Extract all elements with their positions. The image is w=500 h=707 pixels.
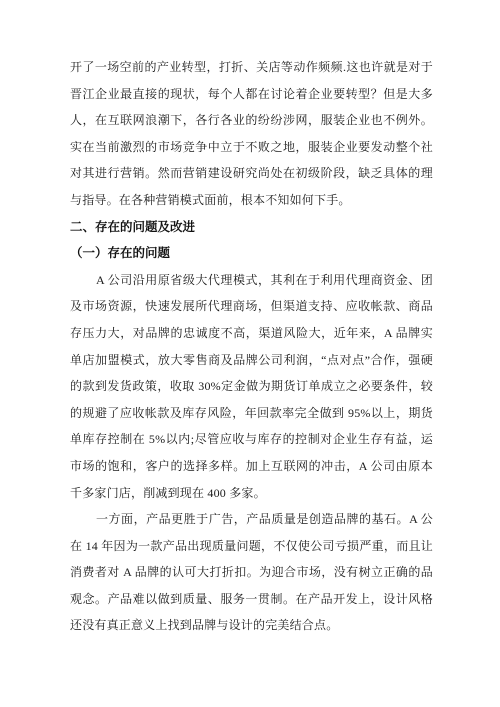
text-line: 开了一场空前的产业转型，打折、关店等动作频频.这也许就是对于: [70, 54, 433, 81]
text-line: 的款到发货政策，收取 30%定金做为期货订单成立之必要条件，较好: [70, 373, 433, 400]
subsection-heading: （一）存在的问题: [70, 240, 433, 267]
text-line: 单库存控制在 5%以内;尽管应收与库存的控制对企业生存有益，运动: [70, 426, 433, 453]
text-line: 实在当前激烈的市场竞争中立于不败之地，服装企业要发动整个社会: [70, 134, 433, 161]
text-line: 还没有真正意义上找到品牌与设计的完美结合点。: [70, 612, 433, 639]
text-line: 市场的饱和，客户的选择多样。加上互联网的冲击，A 公司由原本一: [70, 453, 433, 480]
text-line: 晋江企业最直接的现状，每个人都在讨论着企业要转型？但是大多数: [70, 81, 433, 108]
text-line: 千多家门店，削减到现在 400 多家。: [70, 480, 433, 507]
document-page: 开了一场空前的产业转型，打折、关店等动作频频.这也许就是对于 晋江企业最直接的现…: [0, 0, 500, 707]
text-line: 在 14 年因为一款产品出现质量问题，不仅使公司亏损严重，而且让: [70, 533, 433, 560]
text-line: 观念。产品难以做到质量、服务一贯制。在产品开发上，设计风格上: [70, 586, 433, 613]
text-line: 对其进行营销。然而营销建设研究尚处在初级阶段，缺乏具体的理论: [70, 160, 433, 187]
document-text-body: 开了一场空前的产业转型，打折、关店等动作频频.这也许就是对于 晋江企业最直接的现…: [70, 54, 433, 639]
text-line: 存压力大，对品牌的忠诚度不高，渠道风险大，近年来，A 品牌实行: [70, 320, 433, 347]
text-line: 的规避了应收帐款及库存风险，年回款率完全做到 95%以上，期货订: [70, 400, 433, 427]
text-line: 与指导。在各种营销模式面前，根本不知如何下手。: [70, 187, 433, 214]
text-line: 单店加盟模式，放大零售商及品牌公司利润，“点对点”合作，强硬: [70, 347, 433, 374]
text-line: 消费者对 A 品牌的认可大打折扣。为迎合市场，没有树立正确的品牌: [70, 559, 433, 586]
text-line: A 公司沿用原省级大代理模式，其利在于利用代理商资金、团队: [70, 267, 433, 294]
text-line: 人，在互联网浪潮下，各行各业的纷纷涉网，服装企业也不例外。其: [70, 107, 433, 134]
text-line: 一方面，产品更胜于广告，产品质量是创造品牌的基石。A 公司: [70, 506, 433, 533]
text-line: 及市场资源，快速发展所代理商场，但渠道支持、应收帐款、商品库: [70, 293, 433, 320]
section-heading: 二、存在的问题及改进: [70, 214, 433, 241]
